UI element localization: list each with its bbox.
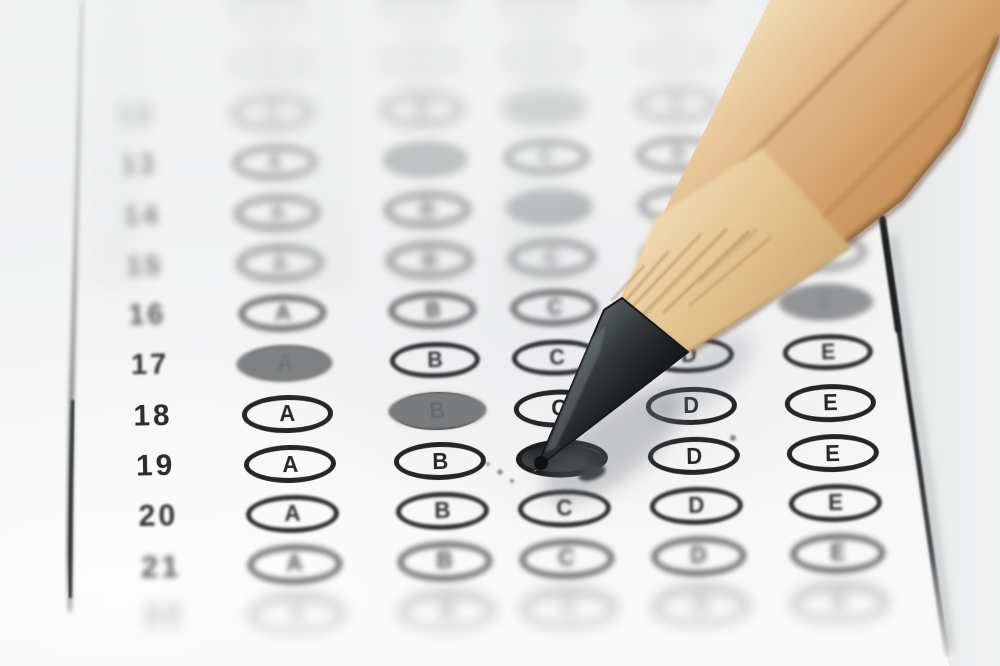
sheet-left-edge-dark [70,400,73,598]
photo-scene: ABCDEABCDE12ABCDE13ABCDE14ABCDE15ABCDE16… [0,0,1000,666]
graphite-point [534,456,548,470]
pencil-and-edges-overlay [0,0,1000,666]
